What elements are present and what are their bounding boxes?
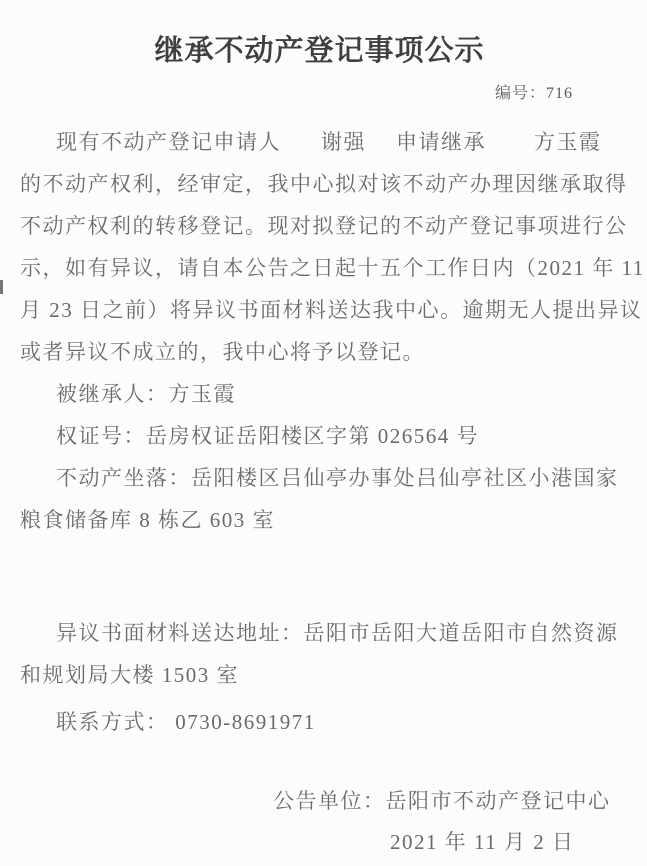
- objection-address-line-1: 异议书面材料送达地址：岳阳市岳阳大道岳阳市自然资源: [20, 612, 631, 654]
- page-title: 继承不动产登记事项公示: [0, 28, 639, 69]
- issuer-line: 公告单位：岳阳市不动产登记中心: [273, 786, 611, 816]
- intro-middle-text: 申请继承: [396, 121, 486, 163]
- objection-address-line-2: 和规划局大楼 1503 室: [20, 654, 631, 696]
- certificate-number-line: 权证号：岳房权证岳阳楼区字第 026564 号: [20, 415, 631, 457]
- paragraph-line: 月 23 日之前）将异议书面材料送达我中心。逾期无人提出异议: [20, 289, 631, 331]
- contact-line: 联系方式： 0730-8691971: [20, 701, 631, 743]
- property-location-line-2: 粮食储备库 8 栋乙 603 室: [20, 499, 631, 541]
- intro-line: 现有不动产登记申请人 谢强 申请继承 方玉霞: [20, 121, 631, 163]
- paragraph-line: 的不动产权利，经审定，我中心拟对该不动产办理因继承取得: [20, 163, 631, 205]
- decedent-name: 方玉霞: [534, 121, 602, 163]
- scan-artifact-mark: [0, 280, 3, 294]
- date-line: 2021 年 11 月 2 日: [390, 827, 574, 857]
- intro-lead-text: 现有不动产登记申请人: [20, 121, 281, 163]
- paragraph-line: 或者异议不成立的，我中心将予以登记。: [20, 331, 631, 373]
- applicant-name: 谢强: [321, 121, 366, 163]
- notice-document-page: 继承不动产登记事项公示 编号：716 现有不动产登记申请人 谢强 申请继承 方玉…: [0, 0, 647, 866]
- doc-number: 编号：716: [495, 80, 573, 103]
- paragraph-line: 示，如有异议，请自本公告之日起十五个工作日内（2021 年 11: [20, 247, 631, 289]
- paragraph-line: 不动产权利的转移登记。现对拟登记的不动产登记事项进行公: [20, 205, 631, 247]
- property-location-line-1: 不动产坐落：岳阳楼区吕仙亭办事处吕仙亭社区小港国家: [20, 457, 631, 499]
- decedent-line: 被继承人：方玉霞: [20, 373, 631, 415]
